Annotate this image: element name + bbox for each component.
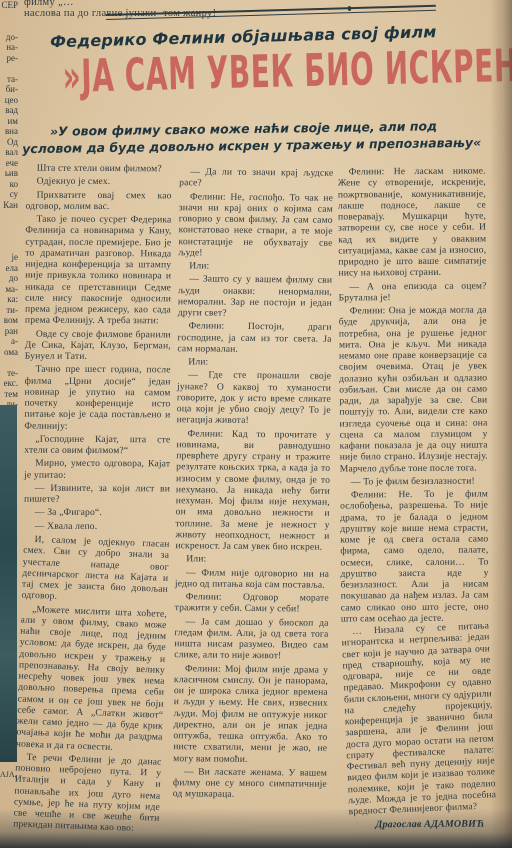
continuation-line: филму „… bbox=[24, 0, 216, 8]
strip-line: тем bbox=[0, 389, 18, 400]
paragraph: — Извините, за који лист ви пишете? bbox=[24, 482, 170, 505]
strip-line: ьив bbox=[0, 168, 18, 179]
paragraph: Тачно пре шест година, после филма „Црни… bbox=[24, 364, 170, 432]
strip-line: цео bbox=[0, 95, 18, 106]
strip-line: ела bbox=[0, 263, 18, 274]
strip-line: те- bbox=[0, 368, 18, 379]
paragraph: Мирно, уместо одговора, Кајат је упитао: bbox=[24, 458, 170, 481]
strip-line: та- bbox=[0, 74, 18, 85]
paragraph: Фелини: Не ласкам никоме. Жене су отворе… bbox=[338, 165, 487, 279]
strip-line: ран bbox=[0, 326, 18, 337]
article-deck: »У овом филму свако може наћи своје лице… bbox=[22, 117, 482, 157]
paragraph: „Можете мислити шта хоћете, али у овом ф… bbox=[16, 603, 167, 755]
strip-line: ка: bbox=[0, 294, 18, 305]
paragraph: Прихватите овај смех као одговор, молим … bbox=[25, 189, 171, 212]
strip-line: вна bbox=[0, 126, 18, 137]
strip-line: ма- bbox=[0, 284, 18, 295]
strip-line: вал bbox=[0, 147, 18, 158]
paragraph: „Господине Кајат, шта сте хтели са овим … bbox=[24, 433, 170, 456]
strip-line: вом bbox=[0, 315, 18, 326]
paragraph: Тако је почео сусрет Федерика Фелинија с… bbox=[25, 214, 172, 327]
paragraph: Одјекнуо је смех. bbox=[26, 176, 172, 188]
strip-line bbox=[0, 357, 18, 368]
paragraph: Или: bbox=[175, 553, 329, 566]
paragraph: — Хвала лепо. bbox=[24, 520, 170, 532]
paragraph: — За „Фигаро“. bbox=[24, 507, 170, 519]
paragraph: Фелини: Кад то прочитате у новинама, ви … bbox=[175, 428, 330, 553]
strip-line: а- bbox=[0, 336, 18, 347]
paragraph: Или: bbox=[178, 260, 332, 273]
paragraph: — А она епизода са оцем? Брутална је! bbox=[338, 280, 486, 304]
paragraph: — То је филм безизлазности! bbox=[340, 475, 488, 487]
paragraph: — Ви ласкате женама. У вашем филму оне с… bbox=[173, 766, 327, 801]
paragraph: Шта сте хтели овим филмом? bbox=[26, 163, 172, 175]
paragraph: — Где сте пронашли своје јунаке? О какво… bbox=[177, 369, 332, 427]
article-column-3: Фелини: Не ласкам никоме. Жене су отворе… bbox=[338, 165, 491, 831]
column-body: — Да ли то значи крај људске расе?Фелини… bbox=[173, 166, 334, 801]
strip-line bbox=[0, 63, 18, 74]
strip-line: им bbox=[0, 116, 18, 127]
page-fold-shadow bbox=[490, 0, 512, 848]
page-bottom-shadow bbox=[0, 808, 512, 848]
strip-line: Од bbox=[0, 137, 18, 148]
strip-line: је bbox=[0, 252, 18, 263]
strip-line: ко bbox=[0, 179, 18, 190]
strip-line bbox=[0, 221, 18, 232]
strip-line: ти- bbox=[0, 305, 18, 316]
article-column-1: Шта сте хтели овим филмом?Одјекнуо је см… bbox=[22, 163, 172, 833]
column-body-lower: … Низала су се питања игнорантска и нетр… bbox=[341, 620, 497, 817]
strip-line: Кан bbox=[0, 200, 18, 211]
paragraph: И, салом је одјекнуо гласан смех. Сви су… bbox=[21, 533, 169, 606]
paragraph: — Ја сам дошао у биоскоп да гледам филм.… bbox=[174, 616, 328, 663]
paragraph: Или: bbox=[177, 356, 331, 369]
paragraph: Фелини: Одговор морате тражити у себи. С… bbox=[175, 591, 329, 615]
paragraph: Фелини: Не. То је филм ослобођења, разре… bbox=[340, 488, 489, 624]
strip-line: ома bbox=[0, 347, 18, 358]
strip-line bbox=[0, 11, 18, 22]
strip-line: ече bbox=[0, 158, 18, 169]
strip-line: на- bbox=[0, 42, 18, 53]
strip-line bbox=[0, 242, 18, 253]
column-body-lower: И, салом је одјекнуо гласан смех. Сви су… bbox=[13, 533, 170, 835]
strip-line: вад bbox=[0, 105, 18, 116]
column-body: Фелини: Не ласкам никоме. Жене су отворе… bbox=[338, 165, 489, 624]
article-column-2: — Да ли то значи крај људске расе?Фелини… bbox=[173, 166, 334, 803]
paragraph: Фелини: Постоји, драги господине, ја сам… bbox=[177, 320, 331, 355]
strip-line: СЕР bbox=[0, 0, 18, 11]
strip-line: су bbox=[0, 189, 18, 200]
paragraph: Фелини: Мој филм није драма у класичном … bbox=[173, 663, 328, 766]
paragraph: Фелини: Не, госпођо. То чак не значи ни … bbox=[178, 191, 333, 260]
adjacent-photo bbox=[0, 405, 17, 762]
strip-line: до- bbox=[0, 32, 18, 43]
strip-line bbox=[0, 21, 18, 32]
paragraph: Овде су своје филмове бранили Де Сика, К… bbox=[25, 328, 171, 363]
strip-line: до bbox=[0, 273, 18, 284]
ink-spot bbox=[348, 6, 351, 11]
paragraph: Фелини: Она је можда могла да буде друкч… bbox=[339, 304, 488, 474]
strip-line bbox=[0, 231, 18, 242]
strip-line: ре- bbox=[0, 53, 18, 64]
paragraph: — Филм није одговорио ни на једно од пит… bbox=[175, 567, 329, 591]
paragraph: — Зашто су у вашем филму сви људи онакви… bbox=[178, 273, 332, 320]
strip-line bbox=[0, 210, 18, 221]
article-headline: »ЈА САМ УВЕК БИО ИСКРЕН« bbox=[62, 46, 324, 102]
paragraph: … Низала су се питања игнорантска и нетр… bbox=[341, 620, 497, 817]
column-body: Шта сте хтели овим филмом?Одјекнуо је см… bbox=[24, 163, 172, 533]
strip-line: би- bbox=[0, 84, 18, 95]
strip-line: екс. bbox=[0, 378, 18, 389]
paragraph: — Да ли то значи крај људске расе? bbox=[179, 166, 333, 190]
